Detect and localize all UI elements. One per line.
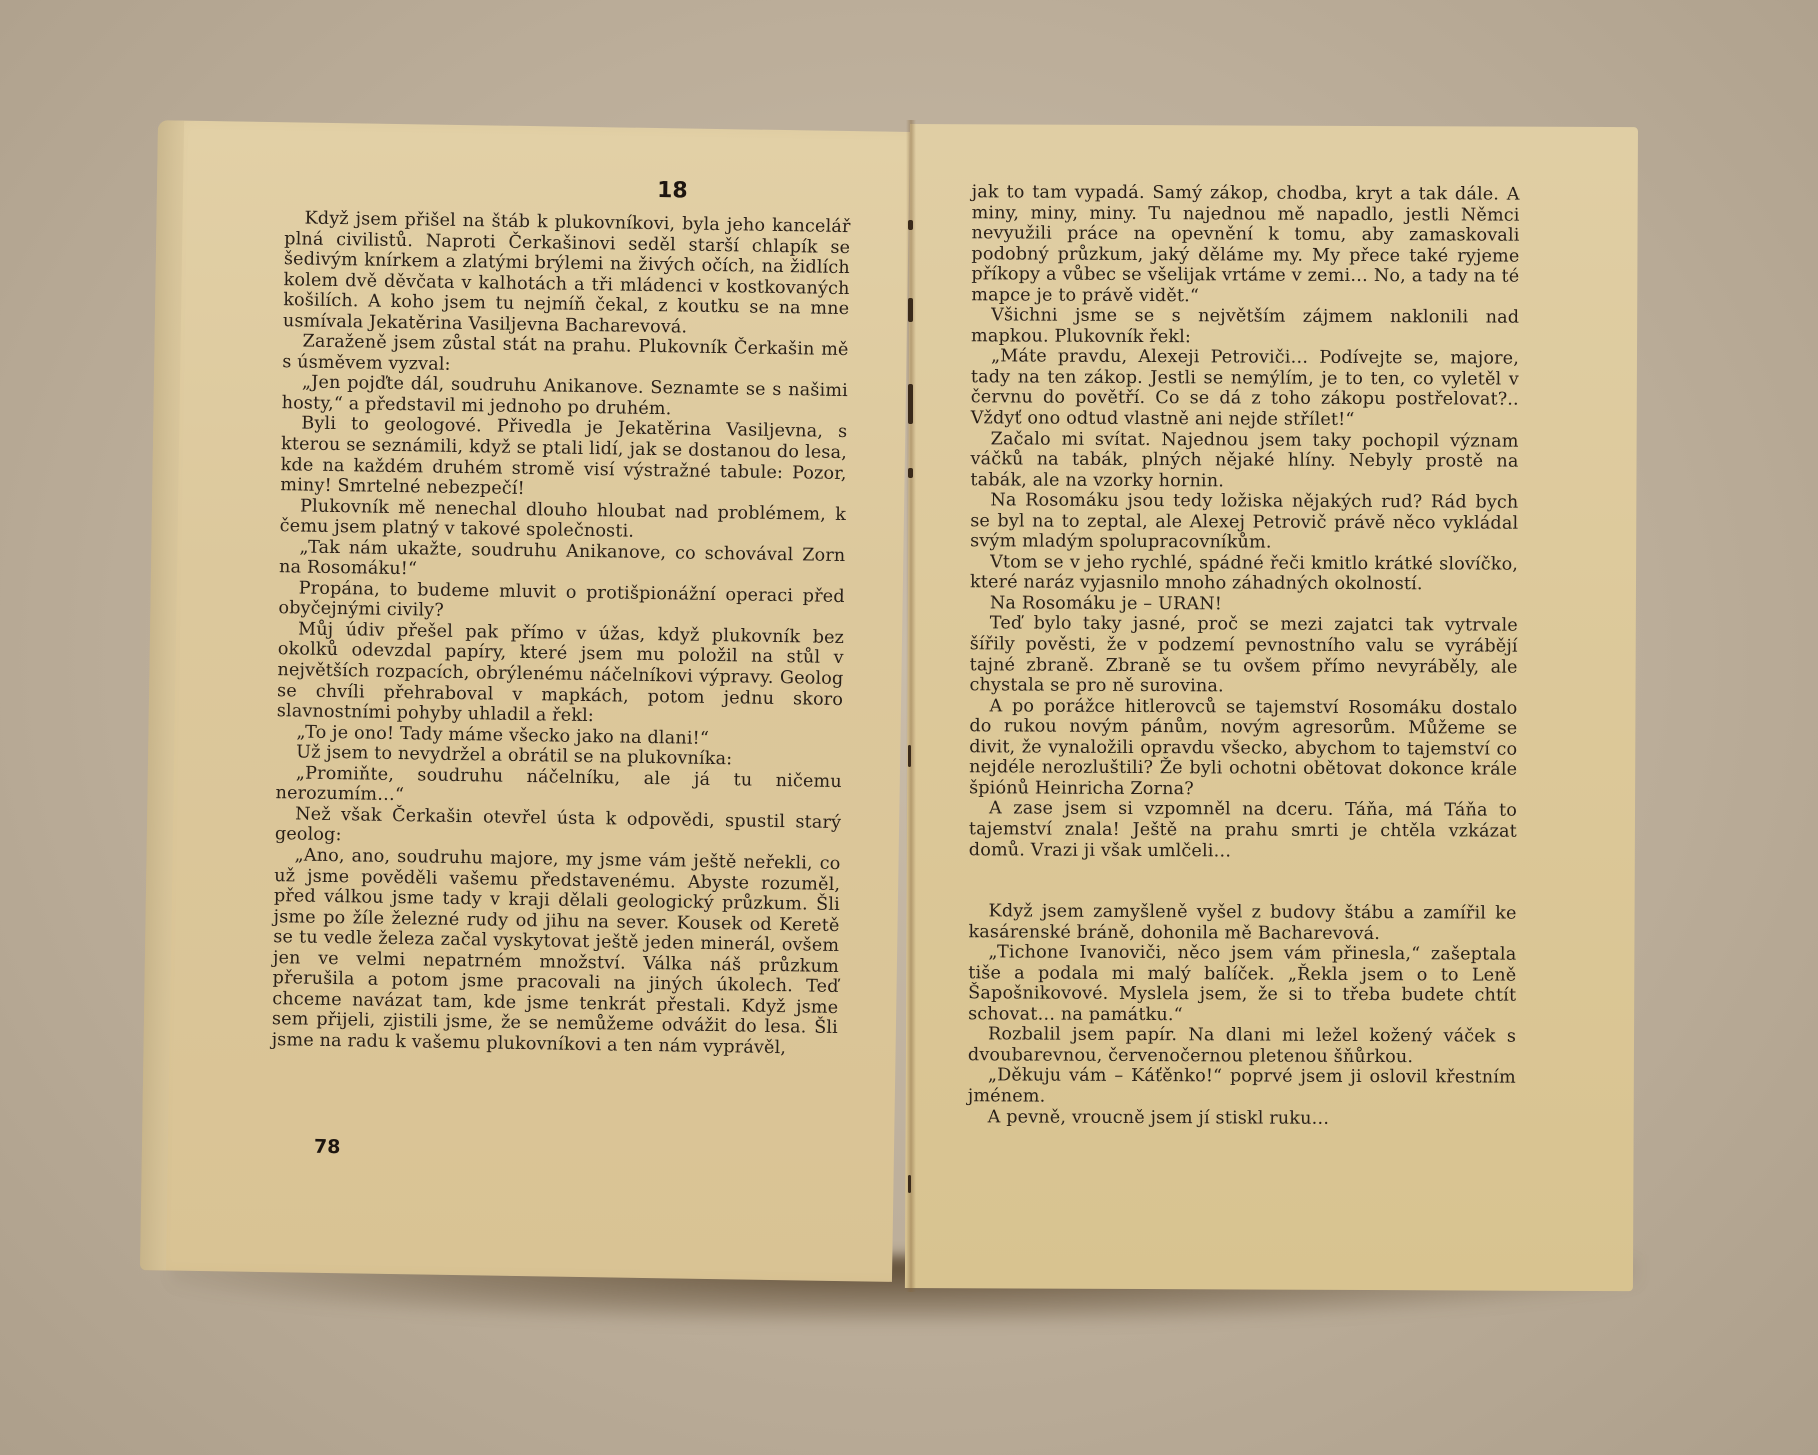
paragraph: Když jsem přišel na štáb k plukovníkovi,… (283, 208, 851, 340)
paragraph: Všichni jsme se s největším zájmem naklo… (971, 306, 1519, 349)
paragraph: Začalo mi svítat. Najednou jsem taky poc… (970, 429, 1518, 493)
paragraph: jak to tam vypadá. Samý zákop, chodba, k… (971, 182, 1520, 308)
binding-thread-mark (908, 298, 913, 322)
paragraph: „Máte pravdu, Alexeji Petroviči… Podívej… (971, 347, 1519, 432)
paragraph: A po porážce hitlerovců se tajemství Ros… (969, 696, 1517, 801)
paragraph: A pevně, vroucně jsem jí stiskl ruku… (968, 1107, 1516, 1130)
paragraph: A zase jsem si vzpomněl na dceru. Táňa, … (969, 799, 1517, 863)
left-page-text: Když jsem přišel na štáb k plukovníkovi,… (271, 208, 850, 1059)
left-page: 18 Když jsem přišel na štáb k plukovníko… (140, 120, 910, 1282)
paragraph: Vtom se v jeho rychlé, spádné řeči kmitl… (970, 552, 1518, 595)
page-number: 78 (314, 1136, 341, 1158)
paragraph: Když jsem zamyšleně vyšel z budovy štábu… (968, 901, 1516, 944)
paragraph: „Děkuju vám – Káťěnko!“ poprvé jsem ji o… (968, 1066, 1516, 1109)
paragraph: Rozbalil jsem papír. Na dlani mi ležel k… (968, 1025, 1516, 1068)
paragraph: Teď bylo taky jasné, proč se mezi zajatc… (970, 614, 1518, 699)
paragraph: „Tichone Ivanoviči, něco jsem vám přines… (968, 942, 1516, 1027)
paragraph: Byli to geologové. Přivedla je Jekatěrin… (280, 414, 847, 505)
paragraph: Můj údiv přešel pak přímo v úžas, když p… (277, 619, 845, 731)
binding-thread-mark (908, 220, 913, 230)
book-spine (906, 120, 916, 1292)
paragraph: „Ano, ano, soudruhu majore, my jsme vám … (271, 845, 840, 1059)
binding-thread-mark (908, 384, 913, 424)
right-page: jak to tam vypadá. Samý zákop, chodba, k… (905, 124, 1638, 1291)
binding-thread-mark (908, 1175, 911, 1193)
paragraph: Na Rosomáku jsou tedy ložiska nějakých r… (970, 490, 1518, 554)
right-page-text: jak to tam vypadá. Samý zákop, chodba, k… (968, 182, 1520, 1129)
binding-thread-mark (908, 745, 911, 767)
binding-thread-mark (908, 468, 913, 478)
chapter-number: 18 (657, 178, 688, 203)
